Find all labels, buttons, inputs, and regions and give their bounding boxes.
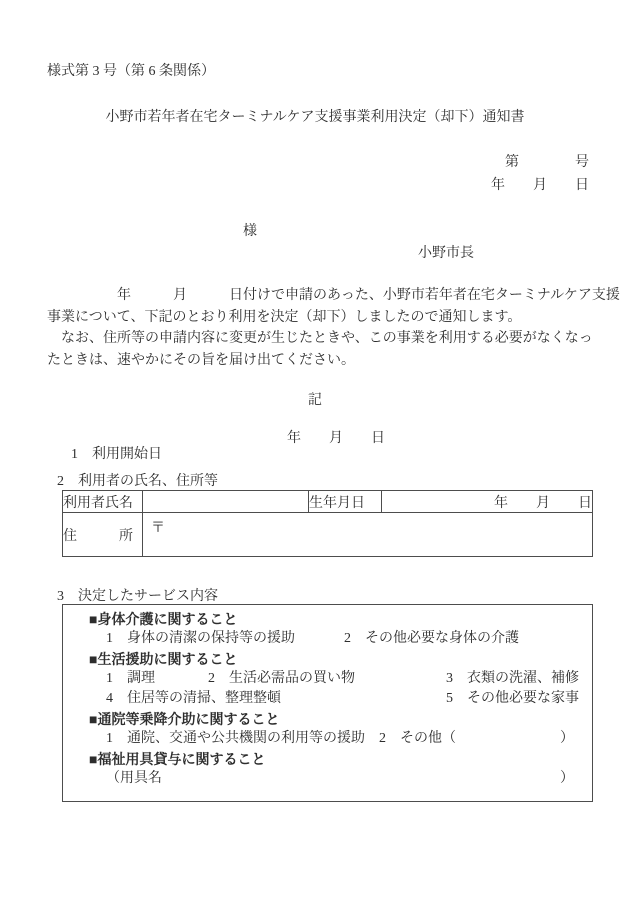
service-item-line: 4 住居等の清掃、整理整頓5 その他必要な家事 xyxy=(63,689,592,709)
body-text-line: たときは、速やかにその旨を届け出てください。 xyxy=(47,350,597,372)
address-value-blank: 〒 xyxy=(143,513,593,557)
user-name-value-blank xyxy=(143,491,309,513)
service-item-text: 4 住居等の清掃、整理整頓 xyxy=(106,689,281,709)
postal-mark: 〒 xyxy=(143,513,165,537)
service-category-text: ■生活援助に関すること xyxy=(89,649,237,669)
service-item-line: 1 調理2 生活必需品の買い物3 衣類の洗濯、補修 xyxy=(63,669,592,689)
service-item-text: 3 衣類の洗濯、補修 xyxy=(446,669,579,689)
service-item-text: （用具名 xyxy=(106,769,162,789)
ki-marker: 記 xyxy=(0,389,630,409)
service-category-heading: ■福祉用具貸与に関すること xyxy=(63,749,592,769)
service-item-line: （用具名） xyxy=(63,769,592,789)
address-label: 住 所 xyxy=(63,513,143,557)
section3-label: 3 決定したサービス内容 xyxy=(57,585,218,605)
addressee-honorific: 様 xyxy=(243,220,257,240)
service-item-text: 2 その他必要な身体の介護 xyxy=(344,629,519,649)
service-category-heading: ■身体介護に関すること xyxy=(63,609,592,629)
service-item-text: 1 通院、交通や公共機関の利用等の援助 2 その他（ xyxy=(106,729,456,749)
service-category-text: ■身体介護に関すること xyxy=(89,609,237,629)
service-category-heading: ■通院等乗降介助に関すること xyxy=(63,709,592,729)
service-item-text: 5 その他必要な家事 xyxy=(446,689,579,709)
user-info-table: 利用者氏名 生年月日 年 月 日 住 所 〒 xyxy=(62,490,593,557)
service-item-text: 1 身体の清潔の保持等の援助 xyxy=(106,629,295,649)
user-name-label: 利用者氏名 xyxy=(63,491,143,513)
body-text-line: 事業について、下記のとおり利用を決定（却下）しましたので通知します。 xyxy=(47,307,597,329)
service-category-text: ■福祉用具貸与に関すること xyxy=(89,749,265,769)
birthdate-value-blank: 年 月 日 xyxy=(382,491,593,513)
section1-label: 1 利用開始日 xyxy=(71,447,162,462)
section2-label: 2 利用者の氏名、住所等 xyxy=(57,470,218,490)
closing-paren: ） xyxy=(560,769,574,789)
table-row: 住 所 〒 xyxy=(63,513,593,557)
document-page: 様式第 3 号（第 6 条関係） 小野市若年者在宅ターミナルケア支援事業利用決定… xyxy=(0,0,630,915)
closing-paren: ） xyxy=(560,729,574,749)
reference-number-blank: 第 号 xyxy=(505,151,589,171)
birthdate-label: 生年月日 xyxy=(309,491,382,513)
body-paragraph: 年 月 日付けで申請のあった、小野市若年者在宅ターミナルケア支援事業について、下… xyxy=(47,285,597,371)
sender-name: 小野市長 xyxy=(418,242,474,262)
table-row: 利用者氏名 生年月日 年 月 日 xyxy=(63,491,593,513)
service-category-heading: ■生活援助に関すること xyxy=(63,649,592,669)
service-item-text: 1 調理 xyxy=(106,669,155,689)
service-item-text: 2 生活必需品の買い物 xyxy=(208,669,355,689)
section1-start-date-blank: 年 月 日 xyxy=(287,427,385,447)
service-category-text: ■通院等乗降介助に関すること xyxy=(89,709,279,729)
form-number: 様式第 3 号（第 6 条関係） xyxy=(47,60,215,80)
body-text-line: 年 月 日付けで申請のあった、小野市若年者在宅ターミナルケア支援 xyxy=(47,285,597,307)
document-title: 小野市若年者在宅ターミナルケア支援事業利用決定（却下）通知書 xyxy=(0,106,630,126)
body-text-line: なお、住所等の申請内容に変更が生じたときや、この事業を利用する必要がなくなっ xyxy=(47,328,597,350)
service-item-line: 1 身体の清潔の保持等の援助2 その他必要な身体の介護 xyxy=(63,629,592,649)
service-content-box: ■身体介護に関すること1 身体の清潔の保持等の援助2 その他必要な身体の介護■生… xyxy=(62,604,593,802)
issue-date-blank: 年 月 日 xyxy=(491,174,589,194)
service-item-line: 1 通院、交通や公共機関の利用等の援助 2 その他（） xyxy=(63,729,592,749)
